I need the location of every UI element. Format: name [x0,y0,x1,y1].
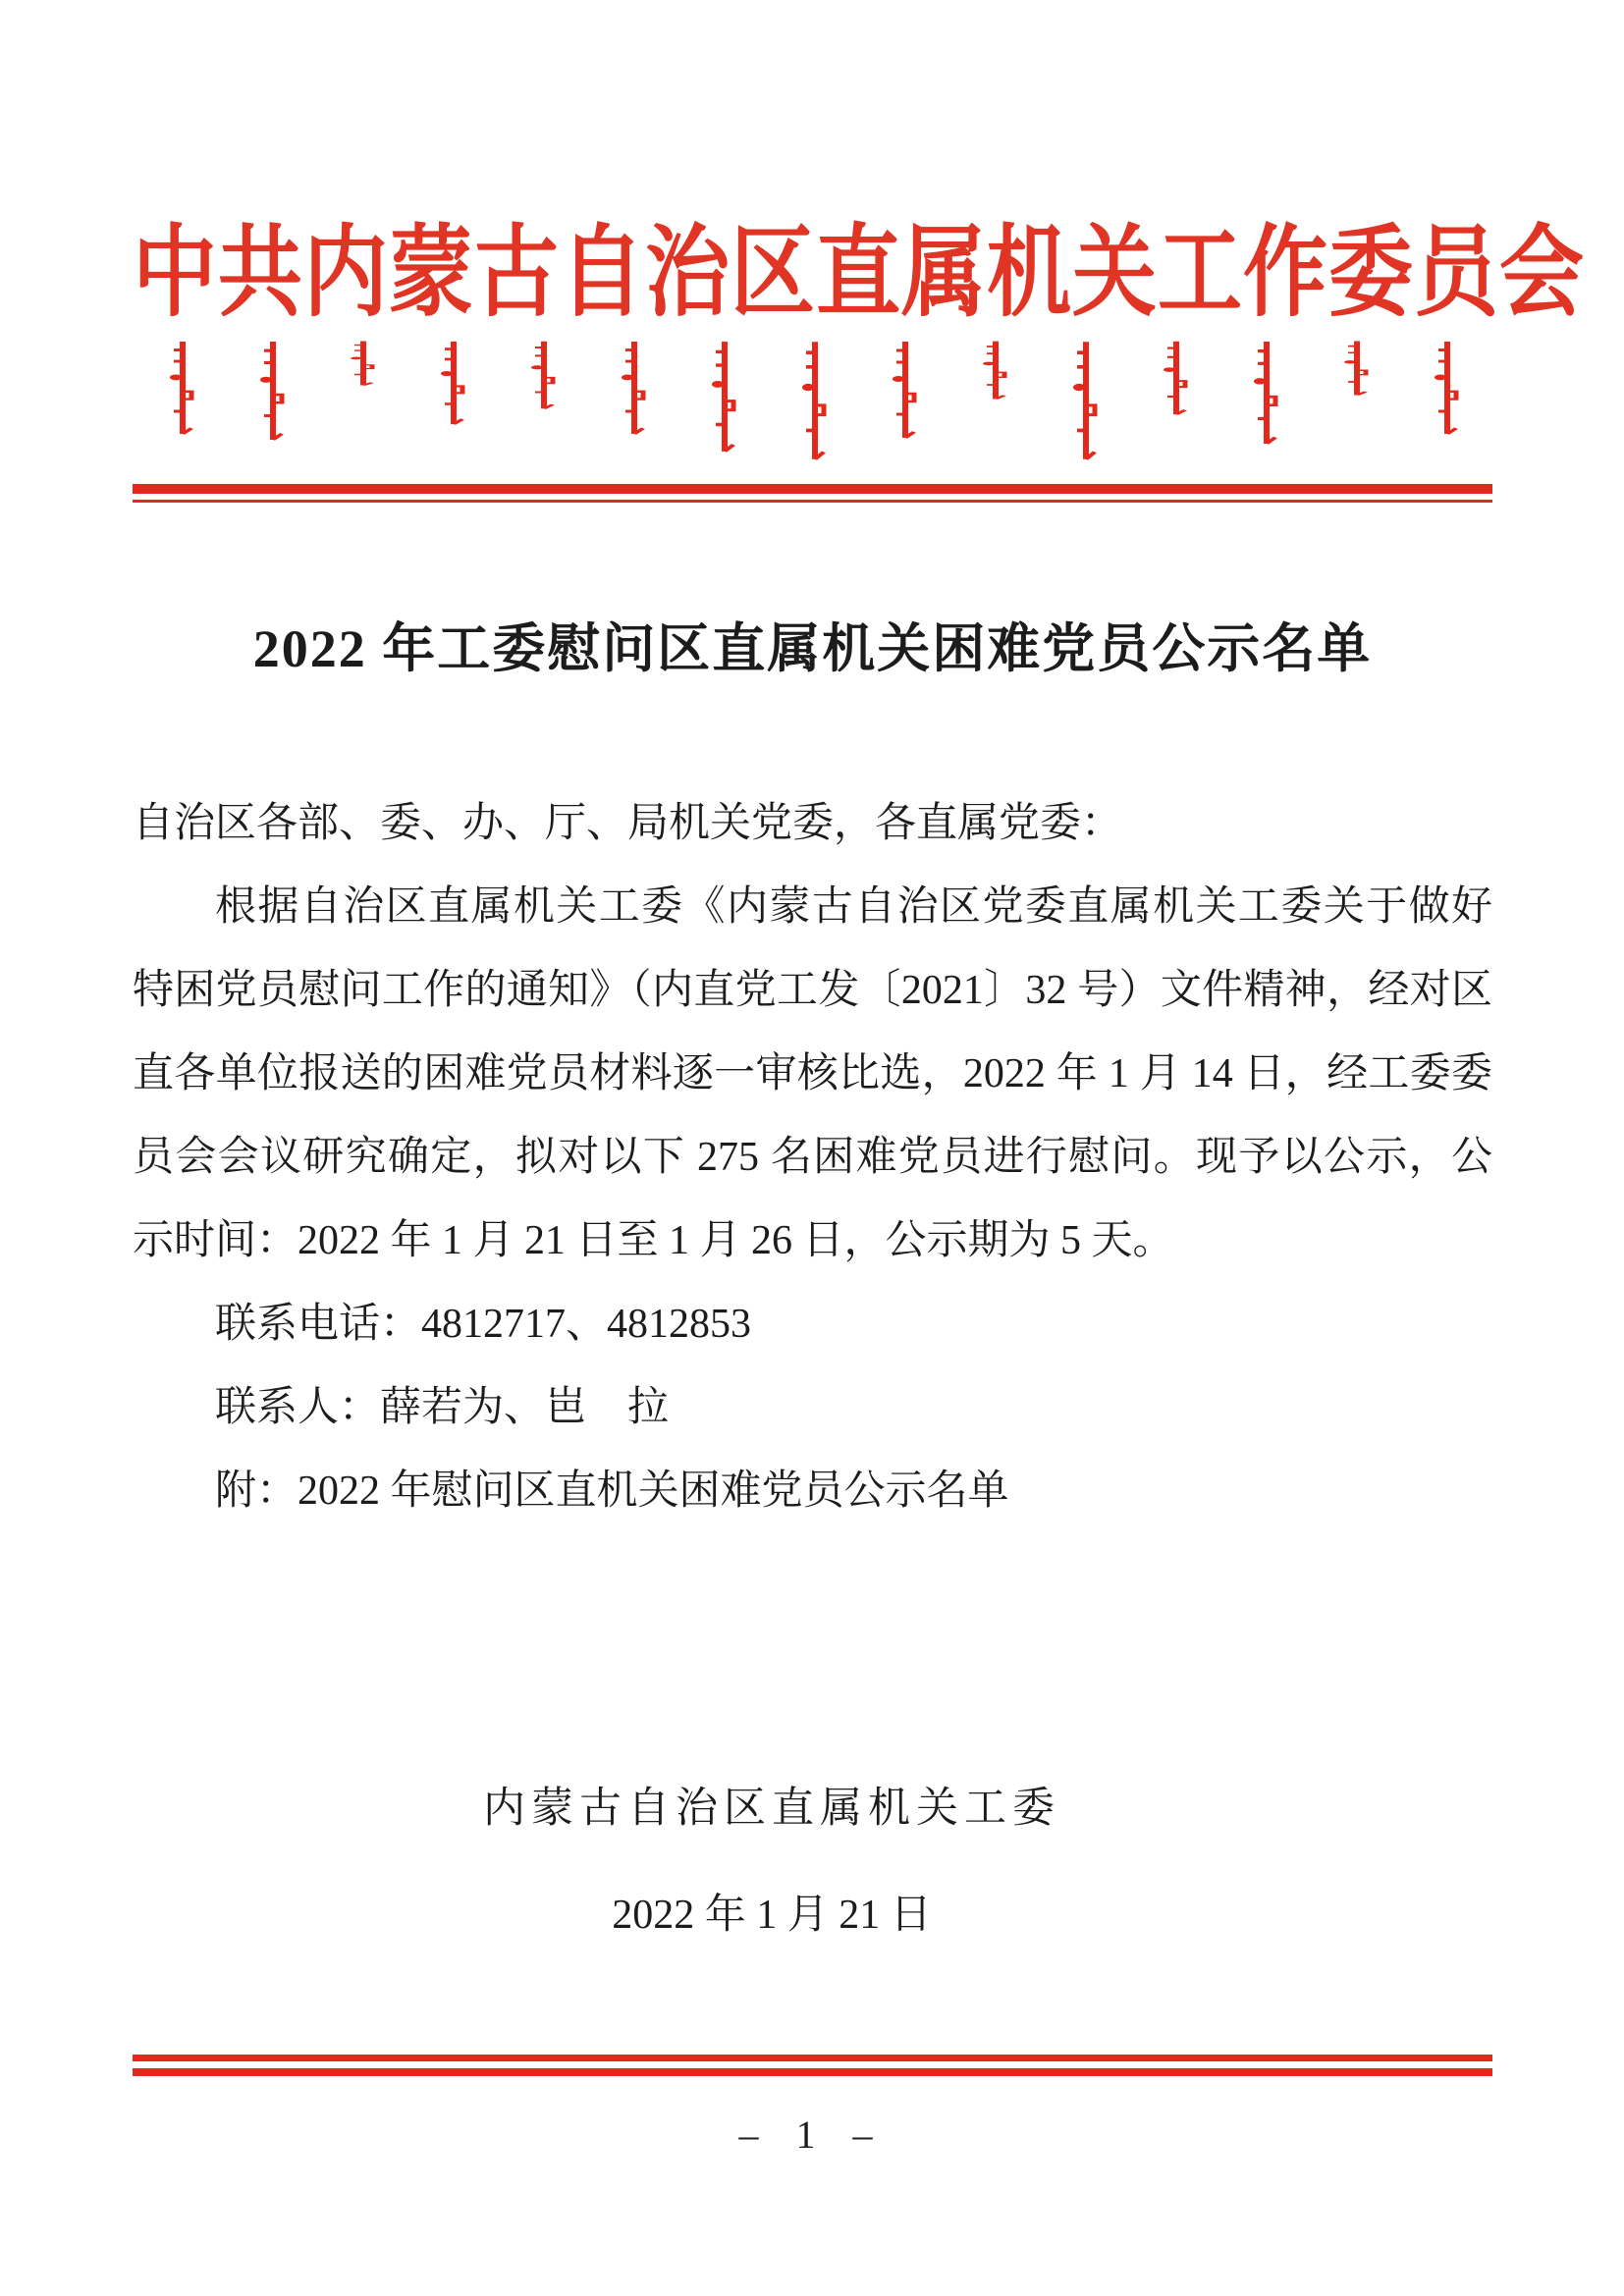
attachment-line: 附：2022 年慰问区直机关困难党员公示名单 [133,1450,1492,1533]
page-number: – 1 – [133,2111,1492,2158]
main-paragraph: 根据自治区直属机关工委《内蒙古自治区党委直属机关工委关于做好特困党员慰问工作的通… [133,866,1492,1283]
signature-block: 内蒙古自治区直属机关工委 2022 年 1 月 21 日 [133,1775,1492,1941]
page-footer: – 1 – [133,2055,1492,2158]
signature-date: 2022 年 1 月 21 日 [483,1882,1060,1941]
letterhead-divider-line [133,484,1492,503]
footer-divider-line [133,2055,1492,2076]
salutation-line: 自治区各部、委、办、厅、局机关党委，各直属党委： [133,782,1492,866]
document-body: 自治区各部、委、办、厅、局机关党委，各直属党委： 根据自治区直属机关工委《内蒙古… [133,782,1492,1533]
document-page: 中共内蒙古自治区直属机关工作委员会 [0,0,1624,2296]
letterhead-org-name: 中共内蒙古自治区直属机关工作委员会 [133,214,1492,334]
document-title: 2022 年工委慰问区直属机关困难党员公示名单 [133,607,1492,682]
contact-phone-line: 联系电话：4812717、4812853 [133,1283,1492,1366]
contact-person-line: 联系人：薛若为、岜 拉 [133,1366,1492,1450]
mongolian-script-decoration [133,341,1492,460]
signature-org: 内蒙古自治区直属机关工委 [483,1775,1060,1835]
mongolian-script-line [133,341,1492,460]
